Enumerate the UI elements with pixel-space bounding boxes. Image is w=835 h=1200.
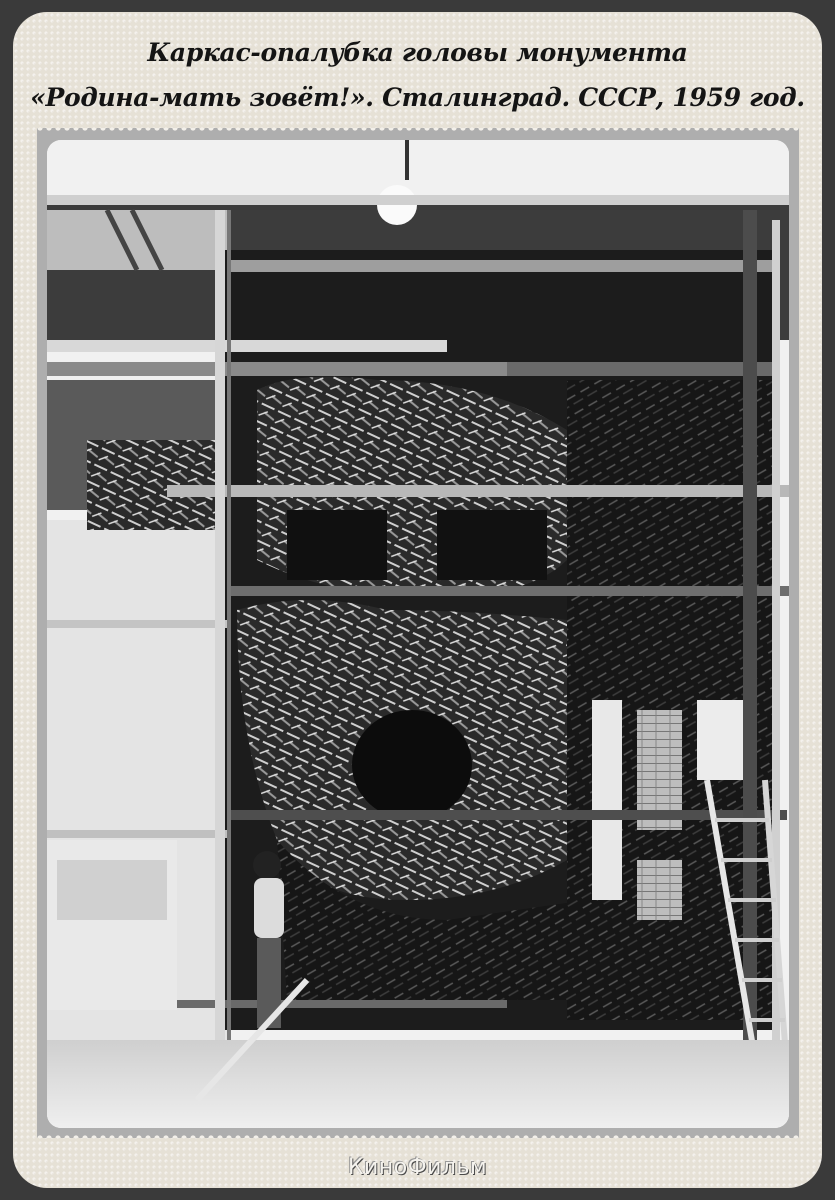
- title-line-2: «Родина-мать зовёт!». Сталинград. СССР, …: [13, 75, 822, 120]
- card-title: Каркас-опалубка головы монумента «Родина…: [13, 30, 822, 120]
- watermark-text: КиноФильм: [13, 1155, 822, 1180]
- stamp-frame: [37, 128, 799, 1138]
- title-line-1: Каркас-опалубка головы монумента: [13, 30, 822, 75]
- photo-illustration: [47, 140, 789, 1128]
- photo-card: Каркас-опалубка головы монумента «Родина…: [13, 12, 822, 1188]
- historical-photo: [47, 140, 789, 1128]
